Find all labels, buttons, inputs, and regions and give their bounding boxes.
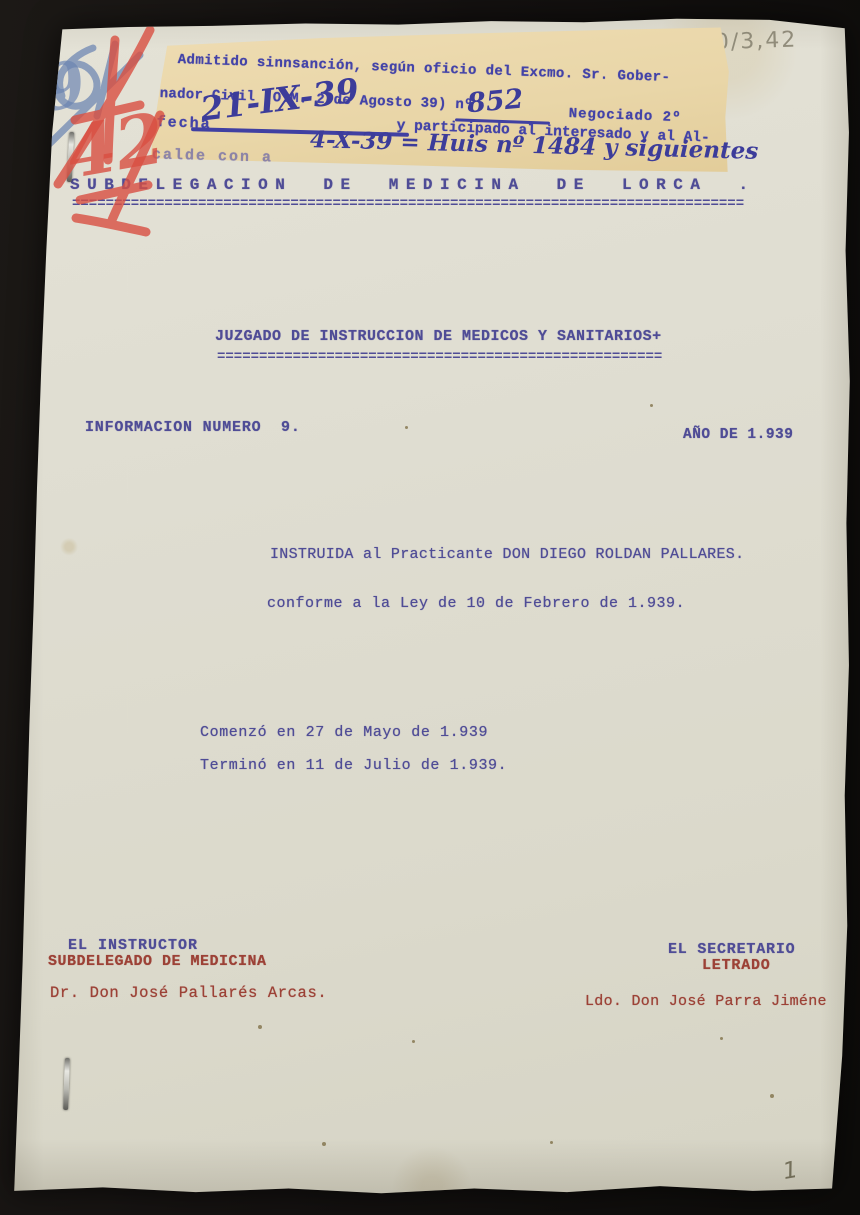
corner-crayon-annotations: 9 42 (18, 30, 338, 270)
court-title: JUZGADO DE INSTRUCCION DE MEDICOS Y SANI… (215, 328, 662, 345)
start-date-line: Comenzó en 27 de Mayo de 1.939 (200, 724, 488, 741)
secretary-name: Ldo. Don José Parra Jiméne (585, 993, 827, 1010)
instruida-line: INSTRUIDA al Practicante DON DIEGO ROLDA… (270, 546, 744, 563)
instructor-role-line1: EL INSTRUCTOR (68, 937, 198, 954)
court-rule: ========================================… (217, 349, 665, 365)
fox-spot (650, 404, 653, 407)
scanned-document-background: SANIDAD, 5690/3,42 Admitido sinnsanción,… (0, 0, 860, 1215)
staple-bottom (63, 1058, 70, 1110)
end-date-line: Terminó en 11 de Julio de 1.939. (200, 757, 507, 774)
fox-spot (720, 1037, 723, 1040)
secretary-role-line2: LETRADO (702, 957, 771, 974)
conforme-line: conforme a la Ley de 10 de Febrero de 1.… (267, 595, 685, 612)
case-year-line: AÑO DE 1.939 (683, 427, 793, 443)
paper-sheet-wrapper: SANIDAD, 5690/3,42 Admitido sinnsanción,… (10, 14, 854, 1198)
instructor-role-line2: SUBDELEGADO DE MEDICINA (48, 953, 267, 970)
fox-spot (770, 1094, 774, 1098)
paper-sheet: SANIDAD, 5690/3,42 Admitido sinnsanción,… (10, 14, 854, 1198)
fox-spot (412, 1040, 415, 1043)
fox-spot (258, 1025, 262, 1029)
fox-spot (550, 1141, 553, 1144)
page-number-pencil: 1 (781, 1157, 800, 1185)
instructor-name: Dr. Don José Pallarés Arcas. (50, 984, 327, 1002)
fox-spot (322, 1142, 326, 1146)
secretary-role-line1: EL SECRETARIO (668, 941, 795, 958)
slip-line-2-suffix: Negociado 2º (568, 106, 681, 126)
fox-spot (405, 426, 408, 429)
slip-oficio-number-handwritten: 852 (466, 84, 525, 120)
crayon-red-number: 42 (61, 96, 171, 195)
case-number-line: INFORMACION NUMERO 9. (85, 419, 301, 436)
